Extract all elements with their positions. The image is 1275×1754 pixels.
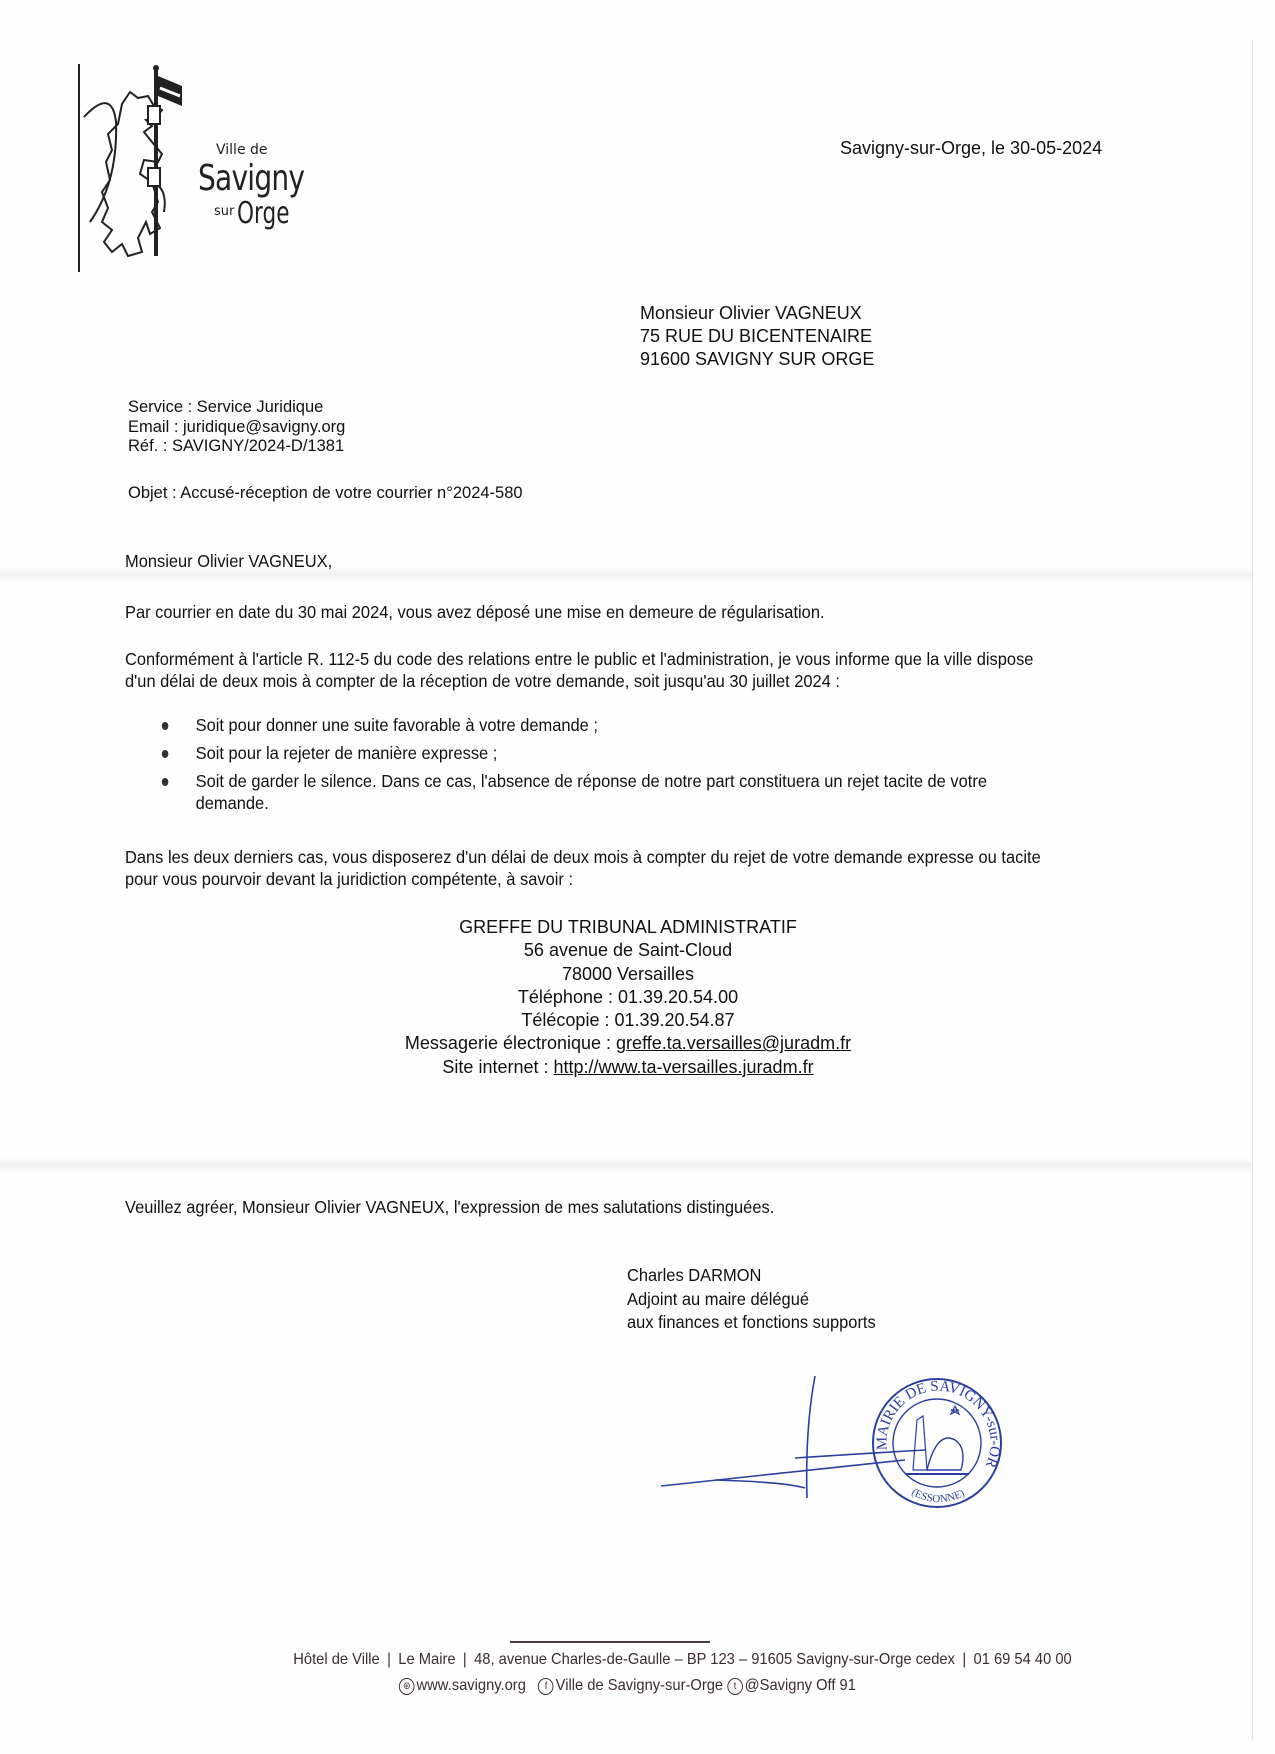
paragraph-3: Dans les deux derniers cas, vous dispose…: [125, 846, 1051, 890]
signer-name: Charles DARMON: [627, 1264, 876, 1288]
recipient-city: 91600 SAVIGNY SUR ORGE: [640, 348, 874, 371]
signature-and-stamp: MAIRIE DE SAVIGNY-sur-ORGE (ESSONNE): [655, 1370, 1015, 1520]
tribunal-site-link[interactable]: http://www.ta-versailles.juradm.fr: [553, 1057, 813, 1077]
twitter-icon: t: [727, 1678, 743, 1695]
signer-title: Adjoint au maire délégué: [627, 1288, 876, 1312]
tribunal-site-row: Site internet : http://www.ta-versailles…: [328, 1056, 928, 1079]
tribunal-street: 56 avenue de Saint-Cloud: [328, 939, 928, 962]
tribunal-title: GREFFE DU TRIBUNAL ADMINISTRATIF: [328, 916, 928, 939]
tribunal-address-block: GREFFE DU TRIBUNAL ADMINISTRATIF 56 aven…: [328, 916, 928, 1079]
logo-text-ville: Ville de: [216, 142, 268, 158]
page-edge: [1252, 40, 1253, 1740]
tribunal-site-label: Site internet :: [442, 1057, 553, 1077]
footer-phone: 01 69 54 40 00: [974, 1651, 1072, 1668]
list-item: Soit de garder le silence. Dans ce cas, …: [158, 770, 1060, 814]
tribunal-email-label: Messagerie électronique :: [405, 1033, 616, 1053]
letter-date: Savigny-sur-Orge, le 30-05-2024: [840, 138, 1102, 159]
footer-maire: Le Maire: [398, 1651, 455, 1668]
web-icon: ⊛: [399, 1678, 415, 1695]
facebook-icon: f: [538, 1678, 554, 1695]
subject-line: Objet : Accusé-réception de votre courri…: [128, 484, 523, 503]
service-line: Service : Service Juridique: [128, 398, 345, 418]
paragraph-1: Par courrier en date du 30 mai 2024, vou…: [125, 601, 1051, 623]
logo-text-orge: Orge: [237, 196, 290, 231]
salutation: Monsieur Olivier VAGNEUX,: [125, 550, 1051, 572]
signer-title-2: aux finances et fonctions supports: [627, 1311, 876, 1335]
list-item: Soit pour la rejeter de manière expresse…: [158, 742, 1060, 764]
tribunal-email-row: Messagerie électronique : greffe.ta.vers…: [328, 1032, 928, 1055]
tribunal-phone: Téléphone : 01.39.20.54.00: [328, 986, 928, 1009]
signer-block: Charles DARMON Adjoint au maire délégué …: [627, 1264, 876, 1335]
footer-divider: [510, 1641, 710, 1643]
city-logo: Ville de Savigny sur Orge: [78, 62, 308, 294]
city-hall-stamp-icon: MAIRIE DE SAVIGNY-sur-ORGE (ESSONNE): [655, 1370, 1003, 1507]
logo-text-savigny: Savigny: [198, 158, 304, 199]
paper-fold: [0, 1158, 1252, 1174]
footer-facebook[interactable]: Ville de Savigny-sur-Orge: [556, 1677, 723, 1694]
list-item: Soit pour donner une suite favorable à v…: [158, 714, 1060, 736]
footer-website[interactable]: www.savigny.org: [417, 1677, 526, 1694]
footer-address-line: Hôtel de Ville|Le Maire|48, avenue Charl…: [96, 1651, 1269, 1669]
tribunal-city: 78000 Versailles: [328, 963, 928, 986]
email-line: Email : juridique@savigny.org: [128, 418, 345, 438]
paragraph-2: Conformément à l'article R. 112-5 du cod…: [125, 648, 1051, 692]
logo-border-line: [78, 64, 80, 272]
footer-address: 48, avenue Charles-de-Gaulle – BP 123 – …: [474, 1651, 955, 1668]
letter-page: Ville de Savigny sur Orge Savigny-sur-Or…: [0, 0, 1275, 1754]
footer-links-line: ⊛www.savigny.org fVille de Savigny-sur-O…: [41, 1677, 1214, 1695]
closing-formula: Veuillez agréer, Monsieur Olivier VAGNEU…: [125, 1196, 1051, 1218]
footer-twitter[interactable]: @Savigny Off 91: [745, 1677, 856, 1694]
recipient-street: 75 RUE DU BICENTENAIRE: [640, 325, 874, 348]
recipient-address: Monsieur Olivier VAGNEUX 75 RUE DU BICEN…: [640, 302, 874, 371]
options-list: Soit pour donner une suite favorable à v…: [158, 714, 1079, 820]
reference-block: Service : Service Juridique Email : juri…: [128, 398, 345, 457]
tribunal-fax: Télécopie : 01.39.20.54.87: [328, 1009, 928, 1032]
lion-with-banner-icon: [82, 62, 202, 272]
svg-text:MAIRIE DE SAVIGNY-sur-ORGE: MAIRIE DE SAVIGNY-sur-ORGE: [655, 1370, 1003, 1470]
recipient-name: Monsieur Olivier VAGNEUX: [640, 302, 874, 325]
reference-line: Réf. : SAVIGNY/2024-D/1381: [128, 437, 345, 457]
tribunal-email-link[interactable]: greffe.ta.versailles@juradm.fr: [616, 1033, 851, 1053]
footer-hotel: Hôtel de Ville: [293, 1651, 379, 1668]
logo-text-sur: sur: [214, 204, 234, 219]
